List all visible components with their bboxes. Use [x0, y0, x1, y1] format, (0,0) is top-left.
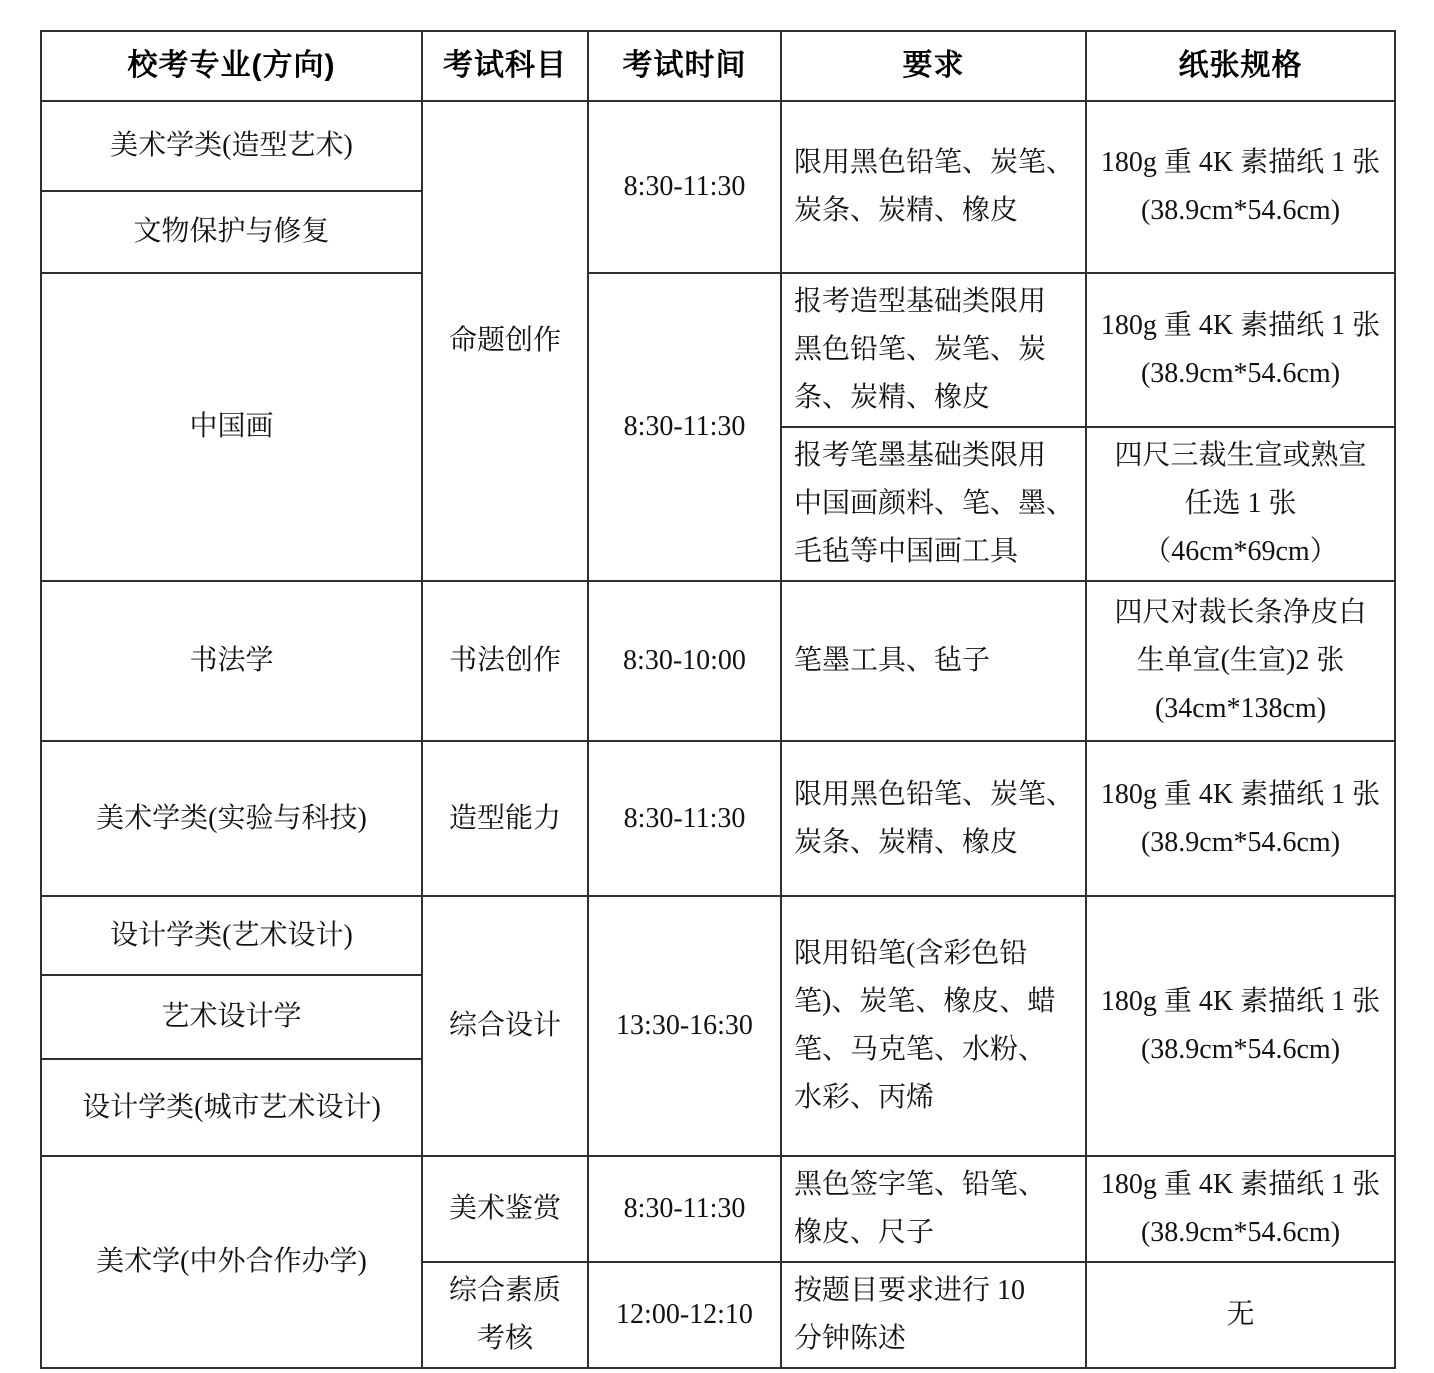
table-row: 美术学(中外合作办学) 美术鉴赏 8:30-11:30 黑色签字笔、铅笔、 橡皮… [41, 1156, 1395, 1262]
cell-time-830-1130-c: 8:30-11:30 [588, 741, 781, 896]
table-row: 美术学类(实验与科技) 造型能力 8:30-11:30 限用黑色铅笔、炭笔、 炭… [41, 741, 1395, 896]
cell-major-experiment-tech: 美术学类(实验与科技) [41, 741, 422, 896]
cell-subject-art-appreciation: 美术鉴赏 [422, 1156, 588, 1262]
cell-req-sign-pen-ruler: 黑色签字笔、铅笔、 橡皮、尺子 [781, 1156, 1086, 1262]
cell-paper-xuan-46x69: 四尺三裁生宣或熟宣 任选 1 张 （46cm*69cm） [1086, 427, 1395, 581]
cell-major-art-design-study: 艺术设计学 [41, 975, 422, 1059]
cell-time-830-1130-a: 8:30-11:30 [588, 101, 781, 273]
cell-req-ink-tools: 笔墨工具、毡子 [781, 581, 1086, 741]
cell-time-830-1130-d: 8:30-11:30 [588, 1156, 781, 1262]
cell-major-design-art: 设计学类(艺术设计) [41, 896, 422, 975]
page: 校考专业(方向) 考试科目 考试时间 要求 纸张规格 美术学类(造型艺术) 命题… [0, 0, 1434, 1373]
header-requirement: 要求 [781, 31, 1086, 101]
cell-req-modeling-basis: 报考造型基础类限用 黑色铅笔、炭笔、炭 条、炭精、橡皮 [781, 273, 1086, 427]
cell-req-black-pencil-charcoal: 限用黑色铅笔、炭笔、 炭条、炭精、橡皮 [781, 101, 1086, 273]
cell-paper-sketch-4k-c: 180g 重 4K 素描纸 1 张 (38.9cm*54.6cm) [1086, 741, 1395, 896]
table-row: 设计学类(艺术设计) 综合设计 13:30-16:30 限用铅笔(含彩色铅 笔)… [41, 896, 1395, 975]
header-subject: 考试科目 [422, 31, 588, 101]
cell-paper-sketch-4k-d: 180g 重 4K 素描纸 1 张 (38.9cm*54.6cm) [1086, 896, 1395, 1156]
cell-time-830-1000: 8:30-10:00 [588, 581, 781, 741]
cell-major-joint-program: 美术学(中外合作办学) [41, 1156, 422, 1368]
header-paper: 纸张规格 [1086, 31, 1395, 101]
cell-subject-themed-creation: 命题创作 [422, 101, 588, 581]
cell-time-1200-1210: 12:00-12:10 [588, 1262, 781, 1368]
cell-paper-sketch-4k-e: 180g 重 4K 素描纸 1 张 (38.9cm*54.6cm) [1086, 1156, 1395, 1262]
exam-schedule-table: 校考专业(方向) 考试科目 考试时间 要求 纸张规格 美术学类(造型艺术) 命题… [40, 30, 1396, 1369]
cell-major-design-city: 设计学类(城市艺术设计) [41, 1059, 422, 1156]
table-row: 中国画 8:30-11:30 报考造型基础类限用 黑色铅笔、炭笔、炭 条、炭精、… [41, 273, 1395, 427]
cell-req-pencil-color-mix: 限用铅笔(含彩色铅 笔)、炭笔、橡皮、蜡 笔、马克笔、水粉、 水彩、丙烯 [781, 896, 1086, 1156]
cell-paper-xuan-34x138: 四尺对裁长条净皮白 生单宣(生宣)2 张 (34cm*138cm) [1086, 581, 1395, 741]
header-major: 校考专业(方向) [41, 31, 422, 101]
cell-major-calligraphy: 书法学 [41, 581, 422, 741]
cell-req-ink-basis: 报考笔墨基础类限用 中国画颜料、笔、墨、 毛毡等中国画工具 [781, 427, 1086, 581]
cell-paper-sketch-4k-a: 180g 重 4K 素描纸 1 张 (38.9cm*54.6cm) [1086, 101, 1395, 273]
cell-subject-calligraphy-creation: 书法创作 [422, 581, 588, 741]
cell-subject-quality-assessment: 综合素质 考核 [422, 1262, 588, 1368]
cell-major-fine-arts-plastic: 美术学类(造型艺术) [41, 101, 422, 191]
cell-major-relic-restoration: 文物保护与修复 [41, 191, 422, 273]
cell-major-chinese-painting: 中国画 [41, 273, 422, 581]
header-row: 校考专业(方向) 考试科目 考试时间 要求 纸张规格 [41, 31, 1395, 101]
cell-paper-sketch-4k-b: 180g 重 4K 素描纸 1 张 (38.9cm*54.6cm) [1086, 273, 1395, 427]
cell-req-black-pencil-charcoal-b: 限用黑色铅笔、炭笔、 炭条、炭精、橡皮 [781, 741, 1086, 896]
table-row: 书法学 书法创作 8:30-10:00 笔墨工具、毡子 四尺对裁长条净皮白 生单… [41, 581, 1395, 741]
table-row: 美术学类(造型艺术) 命题创作 8:30-11:30 限用黑色铅笔、炭笔、 炭条… [41, 101, 1395, 191]
cell-time-830-1130-b: 8:30-11:30 [588, 273, 781, 581]
cell-paper-none: 无 [1086, 1262, 1395, 1368]
cell-time-1330-1630: 13:30-16:30 [588, 896, 781, 1156]
cell-subject-comprehensive-design: 综合设计 [422, 896, 588, 1156]
header-time: 考试时间 [588, 31, 781, 101]
cell-req-statement-10min: 按题目要求进行 10 分钟陈述 [781, 1262, 1086, 1368]
cell-subject-modeling-ability: 造型能力 [422, 741, 588, 896]
